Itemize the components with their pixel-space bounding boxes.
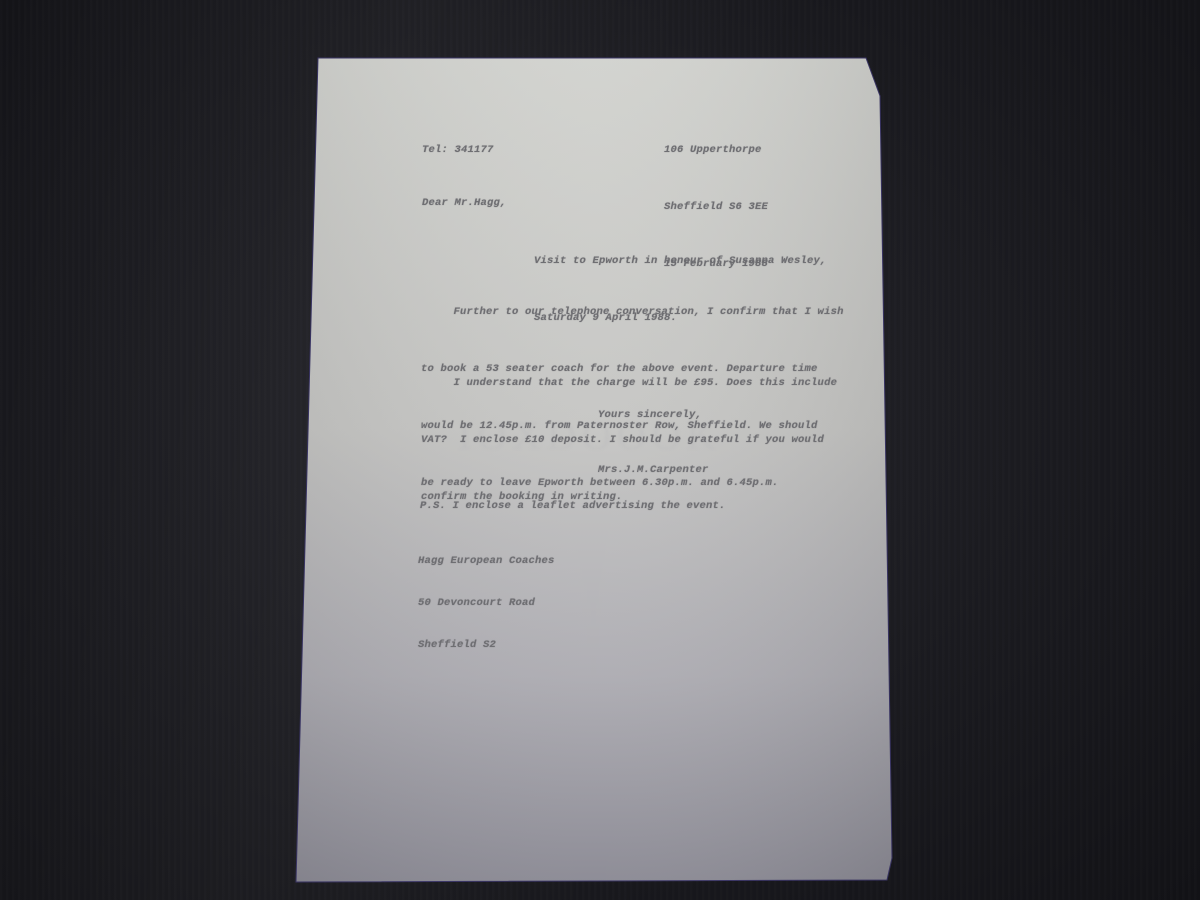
paragraph-line: I understand that the charge will be £95… [421,374,837,393]
closing: Yours sincerely, [598,406,702,425]
paragraph-line: Further to our telephone conversation, I… [421,303,844,322]
signature-name: Mrs.J.M.Carpenter [598,461,709,480]
recipient-company: Hagg European Coaches [418,554,555,568]
sender-street: 106 Upperthorpe [664,141,768,160]
recipient-street: 50 Devoncourt Road [418,596,555,610]
recipient-city: Sheffield S2 [418,638,555,652]
letter-sheet: IOXDOOOK 106 Upperthorpe Sheffield S6 3E… [0,0,1200,900]
telephone-number: Tel: 341177 [422,141,494,160]
paragraph-line: VAT? I enclose £10 deposit. I should be … [421,431,837,450]
recipient-address: Hagg European Coaches 50 Devoncourt Road… [418,526,555,680]
postscript: P.S. I enclose a leaflet advertising the… [420,497,726,516]
salutation: Dear Mr.Hagg, [422,194,507,213]
